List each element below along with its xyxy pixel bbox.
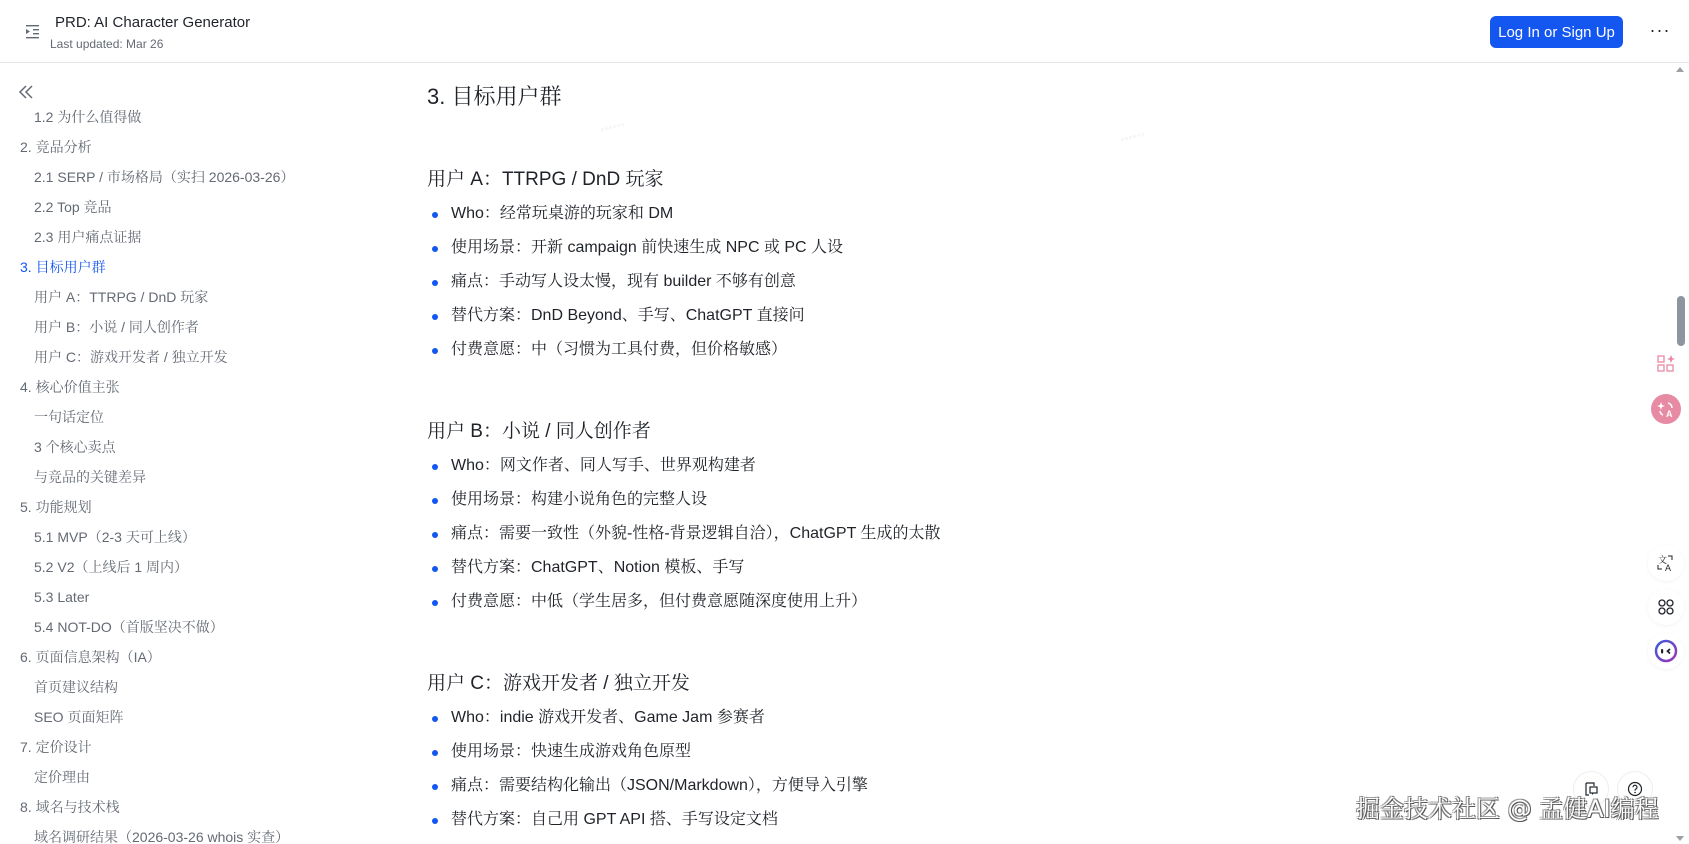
toc-toggle-icon[interactable]	[23, 24, 41, 40]
list-item-text: 付费意愿：中（习惯为工具付费，但价格敏感）	[451, 341, 787, 358]
list-item-text: 替代方案：DnD Beyond、手写、ChatGPT 直接问	[451, 307, 805, 324]
bullet-dot-icon	[432, 566, 438, 572]
toc-item[interactable]: 首页建议结构	[0, 672, 294, 702]
list-item: 痛点：需要一致性（外貌-性格-背景逻辑自洽），ChatGPT 生成的太散	[427, 517, 941, 551]
scrollbar-thumb[interactable]	[1677, 296, 1685, 346]
bullet-list: Who：网文作者、同人写手、世界观构建者 使用场景：构建小说角色的完整人设 痛点…	[427, 449, 941, 619]
table-of-contents: 1.2 为什么值得做 2. 竞品分析 2.1 SERP / 市场格局（实扫 20…	[0, 64, 330, 844]
list-item-text: 付费意愿：中低（学生居多，但付费意愿随深度使用上升）	[451, 593, 867, 610]
toc-item[interactable]: 1.2 为什么值得做	[0, 102, 294, 132]
toc-item[interactable]: 2. 竞品分析	[0, 132, 294, 162]
list-item-text: Who：经常玩桌游的玩家和 DM	[451, 205, 673, 222]
toc-item[interactable]: 5.2 V2（上线后 1 周内）	[0, 552, 294, 582]
login-signup-button[interactable]: Log In or Sign Up	[1490, 16, 1623, 48]
list-item-text: 使用场景：快速生成游戏角色原型	[451, 743, 691, 760]
source-credit-watermark: 掘金技术社区 @ 孟健AI编程	[1356, 789, 1659, 824]
list-item-text: Who：indie 游戏开发者、Game Jam 参赛者	[451, 709, 765, 726]
toc-item[interactable]: 用户 C：游戏开发者 / 独立开发	[0, 342, 294, 372]
toc-item[interactable]: 6. 页面信息架构（IA）	[0, 642, 294, 672]
list-item-text: Who：网文作者、同人写手、世界观构建者	[451, 457, 756, 474]
list-item: 付费意愿：中（习惯为工具付费，但价格敏感）	[427, 333, 843, 367]
top-header: PRD: AI Character Generator Last updated…	[0, 0, 1689, 63]
user-group-section-c: 用户 C：游戏开发者 / 独立开发 Who：indie 游戏开发者、Game J…	[427, 667, 868, 837]
document-title: PRD: AI Character Generator	[55, 14, 250, 31]
subsection-heading: 用户 B：小说 / 同人创作者	[427, 415, 941, 449]
list-item-text: 痛点：需要结构化输出（JSON/Markdown），方便导入引擎	[451, 777, 868, 794]
translate-icon[interactable]: 文A	[1648, 545, 1684, 581]
assistant-bot-icon[interactable]	[1648, 633, 1684, 669]
bullet-dot-icon	[432, 246, 438, 252]
toc-item[interactable]: 5.1 MVP（2-3 天可上线）	[0, 522, 294, 552]
list-item-text: 替代方案：ChatGPT、Notion 模板、手写	[451, 559, 744, 576]
bullet-dot-icon	[432, 348, 438, 354]
list-item: 付费意愿：中低（学生居多，但付费意愿随深度使用上升）	[427, 585, 941, 619]
list-item-text: 痛点：需要一致性（外貌-性格-背景逻辑自洽），ChatGPT 生成的太散	[451, 525, 941, 542]
toc-item[interactable]: 3 个核心卖点	[0, 432, 294, 462]
toc-item[interactable]: 用户 A：TTRPG / DnD 玩家	[0, 282, 294, 312]
toc-item[interactable]: 与竞品的关键差异	[0, 462, 294, 492]
toc-item[interactable]: 7. 定价设计	[0, 732, 294, 762]
toc-item[interactable]: 定价理由	[0, 762, 294, 792]
toc-item[interactable]: 2.3 用户痛点证据	[0, 222, 294, 252]
document-body: 3. 目标用户群 用户 A：TTRPG / DnD 玩家 Who：经常玩桌游的玩…	[427, 64, 1607, 844]
list-item: 使用场景：开新 campaign 前快速生成 NPC 或 PC 人设	[427, 231, 843, 265]
list-item: Who：网文作者、同人写手、世界观构建者	[427, 449, 941, 483]
last-updated: Last updated: Mar 26	[50, 37, 163, 51]
toc-item[interactable]: 8. 域名与技术栈	[0, 792, 294, 822]
ai-grid-icon[interactable]	[1654, 352, 1680, 376]
toc-list: 1.2 为什么值得做 2. 竞品分析 2.1 SERP / 市场格局（实扫 20…	[0, 102, 294, 844]
toc-item[interactable]: 5.3 Later	[0, 582, 294, 612]
user-group-section-b: 用户 B：小说 / 同人创作者 Who：网文作者、同人写手、世界观构建者 使用场…	[427, 415, 941, 619]
list-item: 替代方案：ChatGPT、Notion 模板、手写	[427, 551, 941, 585]
collapse-sidebar-icon[interactable]	[17, 84, 35, 100]
toc-item[interactable]: 2.2 Top 竞品	[0, 192, 294, 222]
toc-item[interactable]: 2.1 SERP / 市场格局（实扫 2026-03-26）	[0, 162, 294, 192]
toc-item-active[interactable]: 3. 目标用户群	[0, 252, 294, 282]
bullet-dot-icon	[432, 784, 438, 790]
section-heading: 3. 目标用户群	[427, 80, 561, 111]
toc-item[interactable]: 5.4 NOT-DO（首版坚决不做）	[0, 612, 294, 642]
user-group-section-a: 用户 A：TTRPG / DnD 玩家 Who：经常玩桌游的玩家和 DM 使用场…	[427, 163, 843, 367]
bullet-dot-icon	[432, 212, 438, 218]
apps-icon[interactable]	[1648, 589, 1684, 625]
toc-item[interactable]: SEO 页面矩阵	[0, 702, 294, 732]
list-item-text: 痛点：手动写人设太慢，现有 builder 不够有创意	[451, 273, 796, 290]
list-item-text: 使用场景：开新 campaign 前快速生成 NPC 或 PC 人设	[451, 239, 843, 256]
toc-item[interactable]: 5. 功能规划	[0, 492, 294, 522]
svg-text:A: A	[1666, 409, 1673, 419]
list-item: 替代方案：自己用 GPT API 搭、手写设定文档	[427, 803, 868, 837]
subsection-heading: 用户 A：TTRPG / DnD 玩家	[427, 163, 843, 197]
list-item: Who：经常玩桌游的玩家和 DM	[427, 197, 843, 231]
bullet-dot-icon	[432, 464, 438, 470]
list-item: 痛点：手动写人设太慢，现有 builder 不够有创意	[427, 265, 843, 299]
toc-item[interactable]: 用户 B：小说 / 同人创作者	[0, 312, 294, 342]
list-item: Who：indie 游戏开发者、Game Jam 参赛者	[427, 701, 868, 735]
toc-item[interactable]: 域名调研结果（2026-03-26 whois 实查）	[0, 822, 294, 844]
svg-text:A: A	[1665, 563, 1671, 573]
bullet-dot-icon	[432, 314, 438, 320]
bullet-dot-icon	[432, 280, 438, 286]
list-item: 替代方案：DnD Beyond、手写、ChatGPT 直接问	[427, 299, 843, 333]
ai-translate-icon[interactable]: A	[1651, 394, 1681, 424]
more-options-icon[interactable]: ···	[1648, 20, 1672, 44]
list-item-text: 替代方案：自己用 GPT API 搭、手写设定文档	[451, 811, 778, 828]
list-item: 痛点：需要结构化输出（JSON/Markdown），方便导入引擎	[427, 769, 868, 803]
list-item: 使用场景：构建小说角色的完整人设	[427, 483, 941, 517]
bullet-dot-icon	[432, 498, 438, 504]
scroll-down-arrow-icon[interactable]	[1676, 836, 1684, 841]
bullet-dot-icon	[432, 600, 438, 606]
list-item: 使用场景：快速生成游戏角色原型	[427, 735, 868, 769]
bullet-list: Who：经常玩桌游的玩家和 DM 使用场景：开新 campaign 前快速生成 …	[427, 197, 843, 367]
bullet-dot-icon	[432, 818, 438, 824]
list-item-text: 使用场景：构建小说角色的完整人设	[451, 491, 707, 508]
bullet-list: Who：indie 游戏开发者、Game Jam 参赛者 使用场景：快速生成游戏…	[427, 701, 868, 837]
scroll-up-arrow-icon[interactable]	[1676, 67, 1684, 72]
toc-item[interactable]: 一句话定位	[0, 402, 294, 432]
toc-item[interactable]: 4. 核心价值主张	[0, 372, 294, 402]
subsection-heading: 用户 C：游戏开发者 / 独立开发	[427, 667, 868, 701]
bullet-dot-icon	[432, 716, 438, 722]
bullet-dot-icon	[432, 532, 438, 538]
bullet-dot-icon	[432, 750, 438, 756]
